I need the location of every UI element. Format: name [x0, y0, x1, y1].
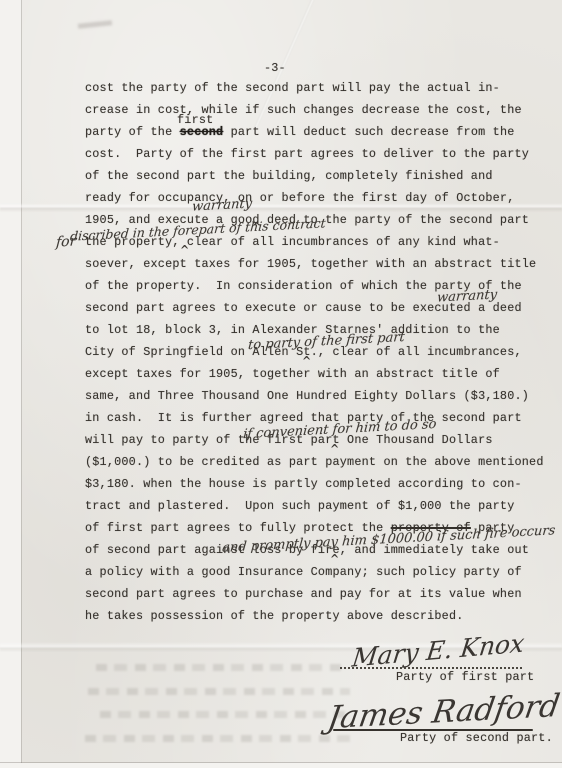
typed-line: a policy with a good Insurance Company; …: [85, 566, 522, 581]
struck-word-second: second: [180, 125, 224, 139]
typed-line: ($1,000.) to be credited as part payment…: [85, 456, 544, 471]
bleedthrough-text-row: [96, 664, 344, 671]
typed-line: of the second part the building, complet…: [85, 170, 493, 185]
typed-line: tract and plastered. Upon such payment o…: [85, 500, 514, 515]
signature-label-first-party: Party of first part: [396, 670, 534, 684]
handwritten-warranty-2: warranty: [436, 287, 497, 305]
caret-mark: ^: [330, 552, 339, 567]
page-left-edge-line: [21, 0, 22, 768]
typed-line: he takes possession of the property abov…: [85, 610, 464, 625]
typed-line: same, and Three Thousand One Hundred Eig…: [85, 390, 529, 405]
typed-correction-first: first: [177, 114, 213, 127]
typed-line: second part agrees to purchase and pay f…: [85, 588, 522, 603]
bleedthrough-text-row: [85, 735, 351, 742]
bleedthrough-text-row: [100, 711, 350, 718]
caret-mark: ^: [252, 220, 261, 235]
caret-mark: ^: [330, 442, 339, 457]
page-bottom-edge: [0, 763, 562, 768]
signature-label-second-party: Party of second part.: [400, 731, 553, 745]
caret-mark: ^: [302, 354, 311, 369]
typed-line: party of the second part will deduct suc…: [85, 126, 515, 141]
typed-text: part will deduct such decrease from the: [223, 125, 514, 139]
typed-line: $3,180. when the house is partly complet…: [85, 478, 522, 493]
typed-line: ready for occupancy, on or before the fi…: [85, 192, 514, 207]
typed-text: party of the: [85, 125, 180, 139]
bleedthrough-text-row: [88, 688, 350, 695]
handwritten-for-prefix: for: [55, 233, 76, 251]
typed-line: cost the party of the second part will p…: [85, 82, 500, 97]
scanned-contract-page: -3- cost the party of the second part wi…: [0, 0, 562, 768]
typed-line: except taxes for 1905, together with an …: [85, 368, 500, 383]
typed-line: soever, except taxes for 1905, together …: [85, 258, 536, 273]
page-left-edge: [0, 0, 21, 768]
typed-line: crease in cost, while if such changes de…: [85, 104, 522, 119]
handwritten-warranty-1: warranty: [191, 196, 252, 214]
pencil-smudge: [78, 20, 112, 29]
page-number: -3-: [264, 61, 286, 75]
caret-mark: ^: [180, 243, 189, 258]
typed-line: cost. Party of the first part agrees to …: [85, 148, 529, 163]
typed-text: of first part agrees to fully protect th…: [85, 521, 391, 535]
